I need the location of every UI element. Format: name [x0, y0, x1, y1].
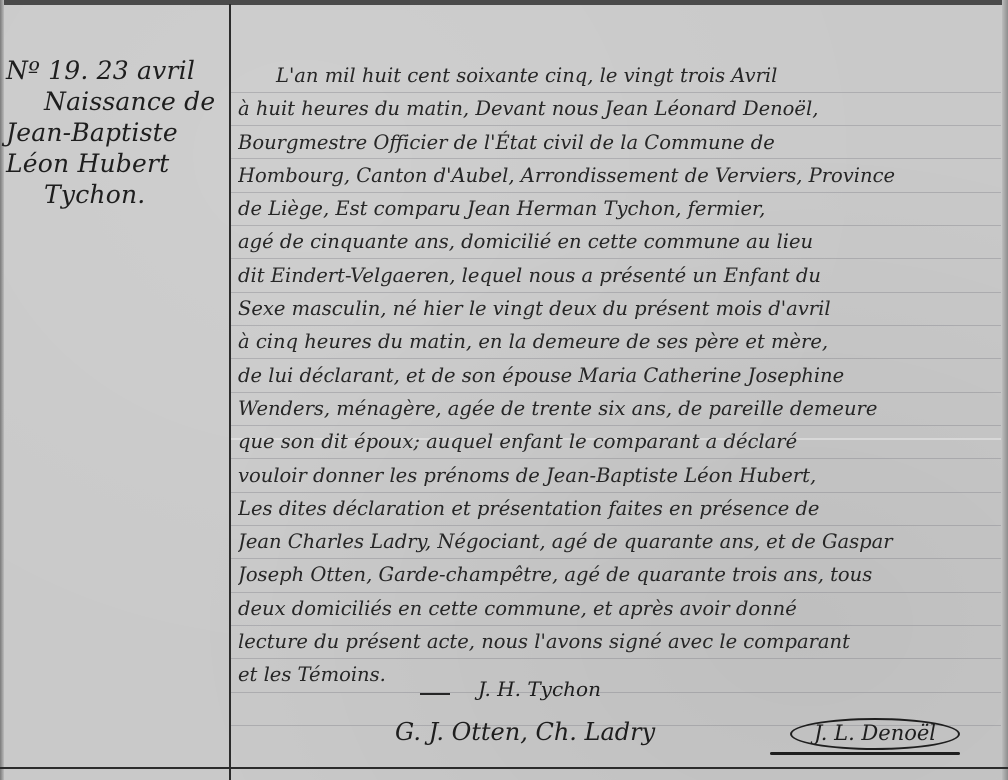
body-line: à huit heures du matin, Devant nous Jean…: [238, 92, 1000, 125]
scan-left-border: [0, 0, 4, 780]
scan-right-border: [1002, 0, 1008, 780]
body-line: deux domiciliés en cette commune, et apr…: [238, 592, 1000, 625]
body-line: de Liège, Est comparu Jean Herman Tychon…: [238, 192, 1000, 225]
body-line: Les dites déclaration et présentation fa…: [238, 492, 1000, 525]
body-line: et les Témoins.: [238, 658, 1000, 691]
scanned-register-page: Nº 19. 23 avril Naissance de Jean-Baptis…: [0, 0, 1008, 780]
body-line: agé de cinquante ans, domicilié en cette…: [238, 225, 1000, 258]
body-line: Sexe masculin, né hier le vingt deux du …: [238, 292, 1000, 325]
body-line: lecture du présent acte, nous l'avons si…: [238, 625, 1000, 658]
body-line: de lui déclarant, et de son épouse Maria…: [238, 359, 1000, 392]
margin-line-name-2: Léon Hubert: [6, 148, 226, 179]
closing-dash: [420, 693, 450, 695]
officer-signature: J. L. Denoël: [790, 718, 960, 750]
record-body: L'an mil huit cent soixante cinq, le vin…: [238, 59, 1000, 692]
signature-flourish: [770, 752, 960, 755]
margin-line-title: Naissance de: [6, 86, 226, 117]
margin-line-name-1: Jean-Baptiste: [6, 117, 226, 148]
body-line: vouloir donner les prénoms de Jean-Bapti…: [238, 459, 1000, 492]
body-line: à cinq heures du matin, en la demeure de…: [238, 325, 1000, 358]
margin-line-surname: Tychon.: [6, 179, 226, 210]
body-line: Wenders, ménagère, agée de trente six an…: [238, 392, 1000, 425]
body-line: Jean Charles Ladry, Négociant, agé de qu…: [238, 525, 1000, 558]
declarant-signature: J. H. Tychon: [478, 677, 601, 701]
margin-annotation: Nº 19. 23 avril Naissance de Jean-Baptis…: [6, 55, 226, 210]
ruled-line: [231, 692, 1001, 693]
witness-signatures: G. J. Otten, Ch. Ladry: [395, 718, 655, 746]
body-line: L'an mil huit cent soixante cinq, le vin…: [238, 59, 1000, 92]
margin-line-entry-number: Nº 19. 23 avril: [6, 55, 226, 86]
scan-top-border: [0, 0, 1008, 5]
body-line: Bourgmestre Officier de l'État civil de …: [238, 126, 1000, 159]
margin-rule: [229, 4, 231, 780]
body-line: dit Eindert-Velgaeren, lequel nous a pré…: [238, 259, 1000, 292]
body-line: Hombourg, Canton d'Aubel, Arrondissement…: [238, 159, 1000, 192]
body-line: Joseph Otten, Garde-champêtre, agé de qu…: [238, 558, 1000, 591]
body-line: que son dit époux; auquel enfant le comp…: [238, 425, 1000, 458]
bottom-rule: [0, 767, 1008, 769]
